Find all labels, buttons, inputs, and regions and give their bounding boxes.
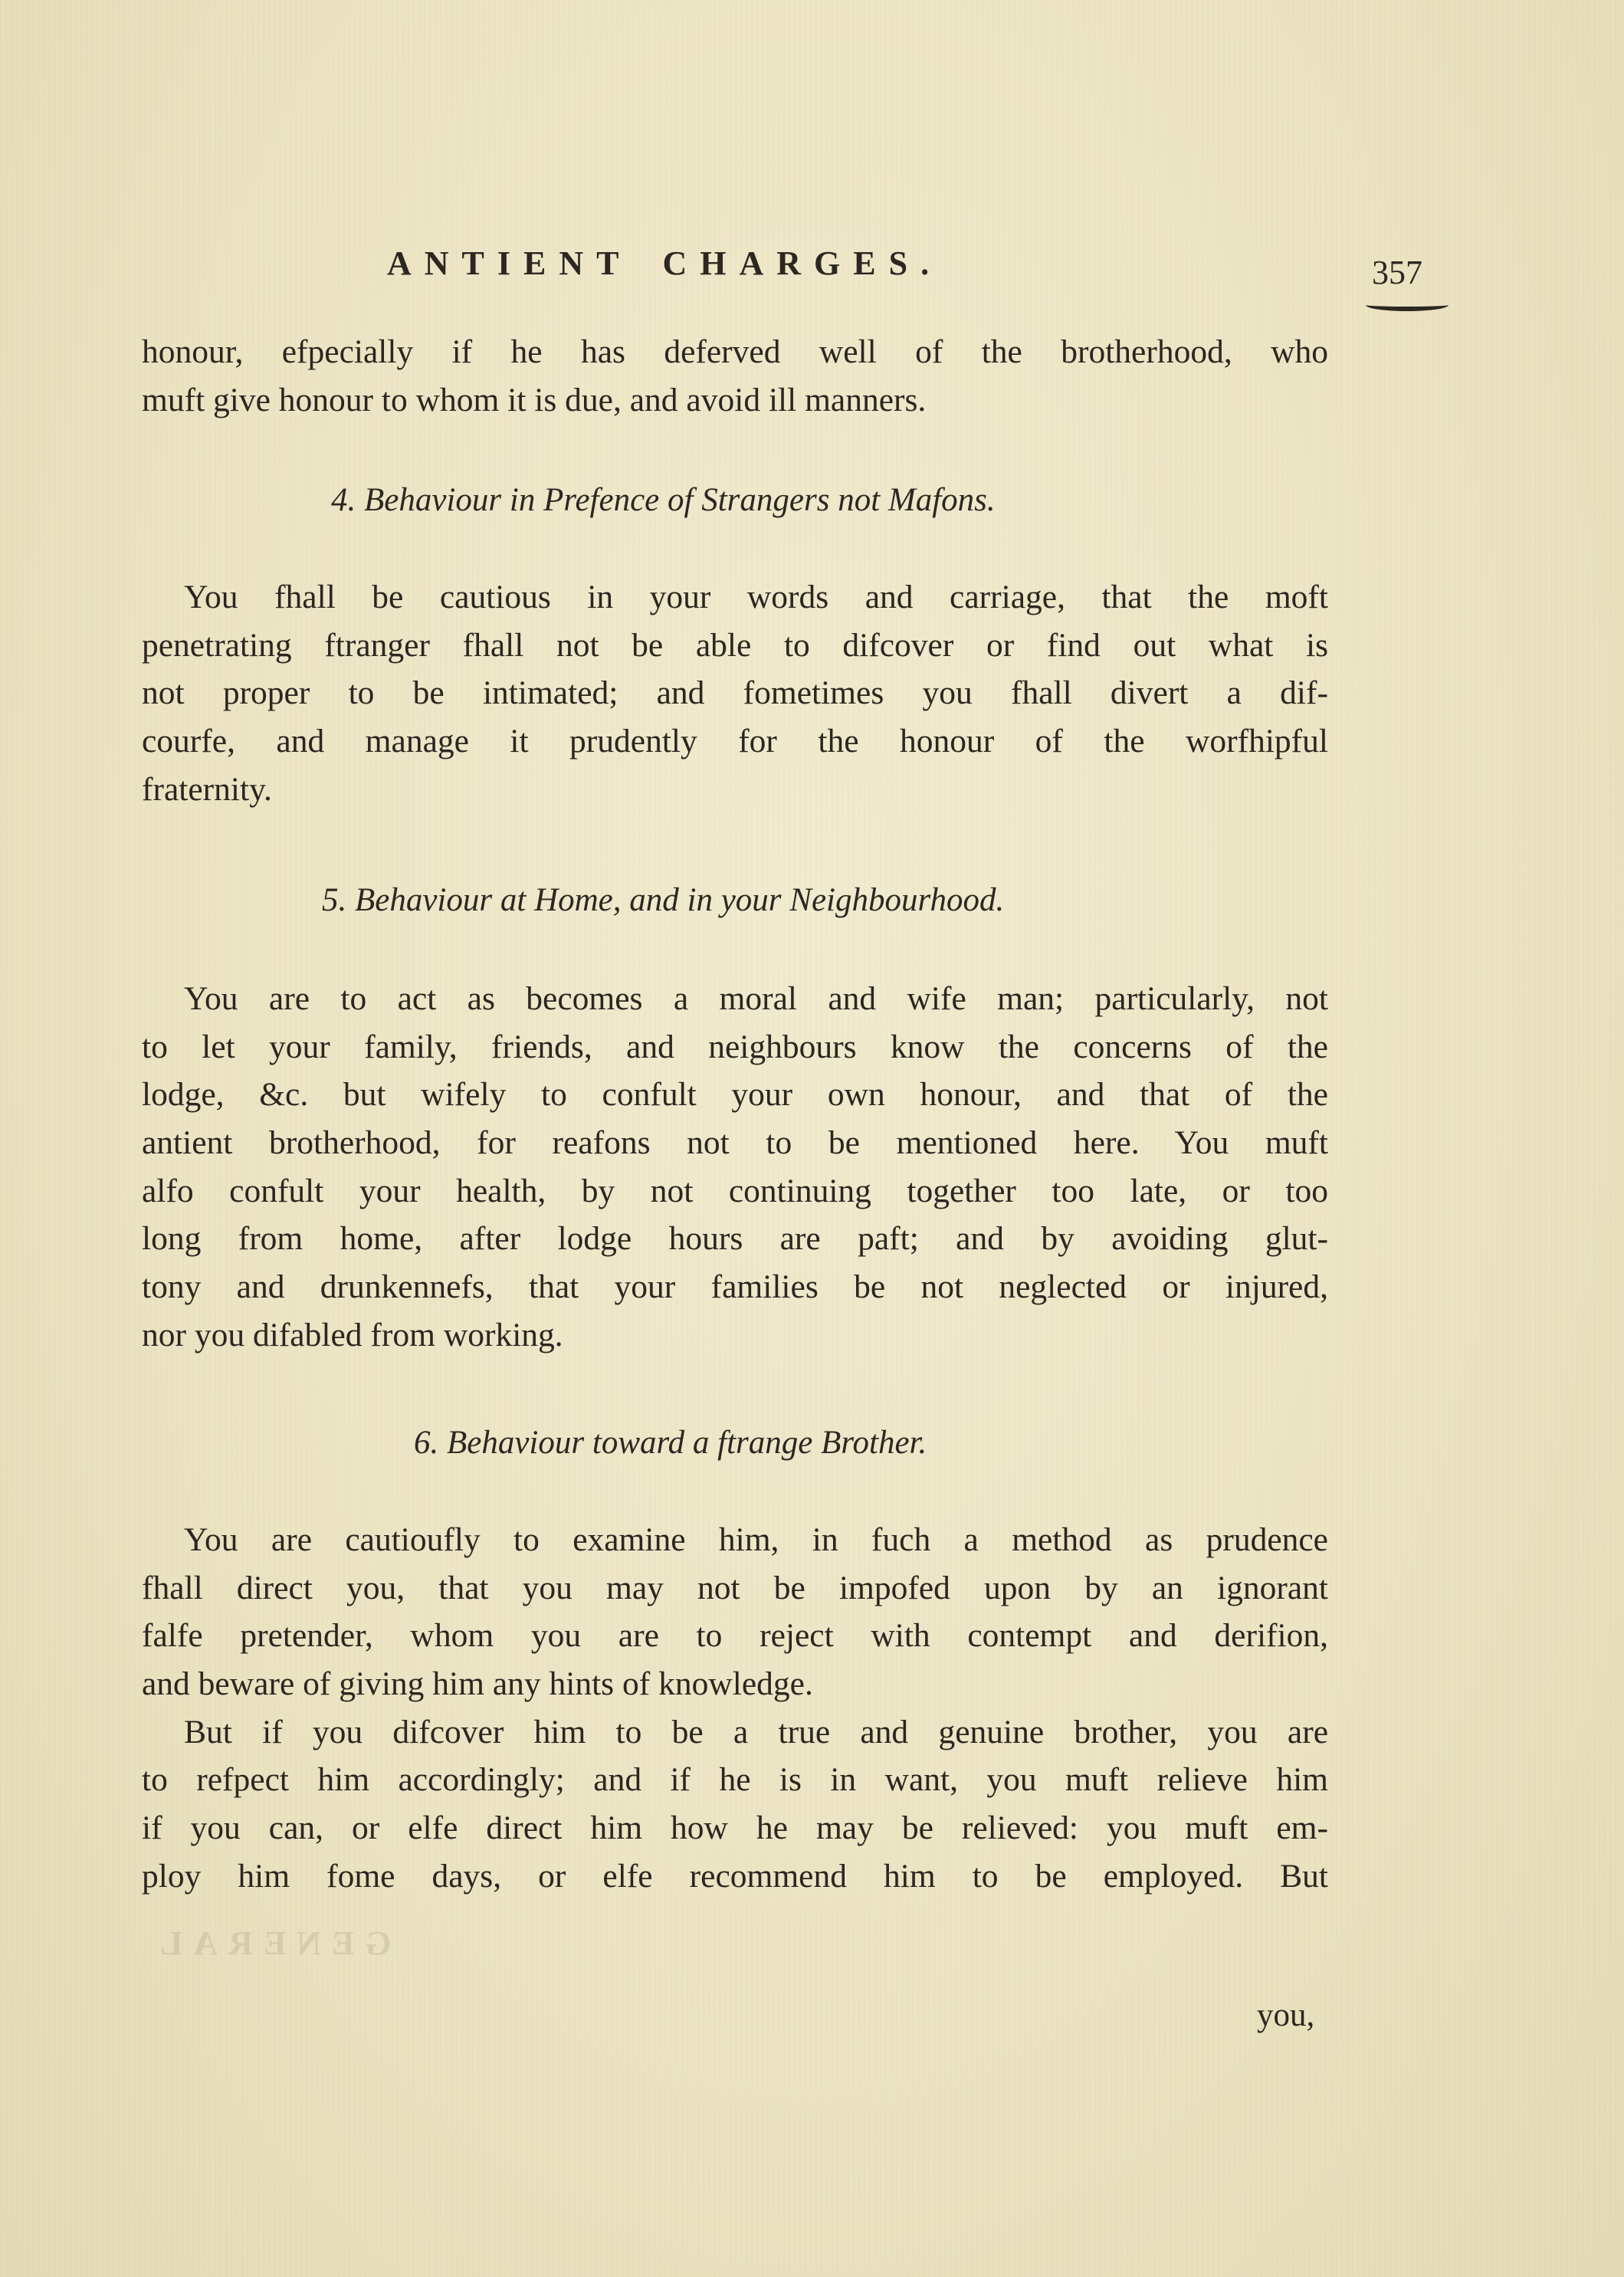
- text-line: You are to act as becomes a moral and wi…: [142, 975, 1328, 1023]
- text-line: honour, efpecially if he has deferved we…: [142, 328, 1328, 376]
- text-line: not proper to be intimated; and fometime…: [142, 669, 1328, 717]
- section-5-paragraph: You are to act as becomes a moral and wi…: [142, 975, 1328, 1360]
- running-head-word-2: CHARGES.: [663, 244, 943, 282]
- running-head: ANTIENTCHARGES.: [387, 244, 942, 283]
- book-page: ANTIENTCHARGES. 357 honour, efpecially i…: [0, 0, 1624, 2277]
- catchword: you,: [1257, 1996, 1314, 2034]
- text-line: lodge, &c. but wifely to confult your ow…: [142, 1071, 1328, 1119]
- text-line: long from home, after lodge hours are pa…: [142, 1215, 1328, 1263]
- section-heading-4: 4. Behaviour in Prefence of Strangers no…: [331, 481, 996, 519]
- text-line: fhall direct you, that you may not be im…: [142, 1564, 1328, 1613]
- section-heading-5: 5. Behaviour at Home, and in your Neighb…: [322, 881, 1004, 919]
- section-4-paragraph: You fhall be cautious in your words and …: [142, 573, 1328, 813]
- text-line: to refpect him accordingly; and if he is…: [142, 1756, 1328, 1804]
- text-line: if you can, or elfe direct him how he ma…: [142, 1804, 1328, 1852]
- bleed-through-text: GENERAL: [149, 1924, 392, 1963]
- text-line: You fhall be cautious in your words and …: [142, 573, 1328, 622]
- text-line: alfo confult your health, by not continu…: [142, 1167, 1328, 1216]
- page-number: 357: [1372, 253, 1422, 292]
- text-line: penetrating ftranger fhall not be able t…: [142, 622, 1328, 670]
- running-head-word-1: ANTIENT: [387, 244, 632, 282]
- text-line: ploy him fome days, or elfe recommend hi…: [142, 1852, 1328, 1901]
- text-line: muft give honour to whom it is due, and …: [142, 376, 1328, 425]
- text-line: fraternity.: [142, 766, 1328, 814]
- continuation-paragraph: honour, efpecially if he has deferved we…: [142, 328, 1328, 424]
- text-line: antient brotherhood, for reafons not to …: [142, 1119, 1328, 1167]
- text-line: and beware of giving him any hints of kn…: [142, 1660, 1328, 1708]
- text-line: nor you difabled from working.: [142, 1311, 1328, 1360]
- text-line: You are cautioufly to examine him, in fu…: [142, 1516, 1328, 1564]
- text-line: courfe, and manage it prudently for the …: [142, 717, 1328, 766]
- text-line: falfe pretender, whom you are to reject …: [142, 1612, 1328, 1660]
- section-heading-6: 6. Behaviour toward a ftrange Brother.: [414, 1424, 927, 1462]
- text-line: to let your family, friends, and neighbo…: [142, 1023, 1328, 1071]
- page-number-underline-mark: [1366, 299, 1448, 311]
- text-line: tony and drunkennefs, that your families…: [142, 1263, 1328, 1311]
- section-6-paragraph: You are cautioufly to examine him, in fu…: [142, 1516, 1328, 1901]
- text-line: But if you difcover him to be a true and…: [142, 1708, 1328, 1757]
